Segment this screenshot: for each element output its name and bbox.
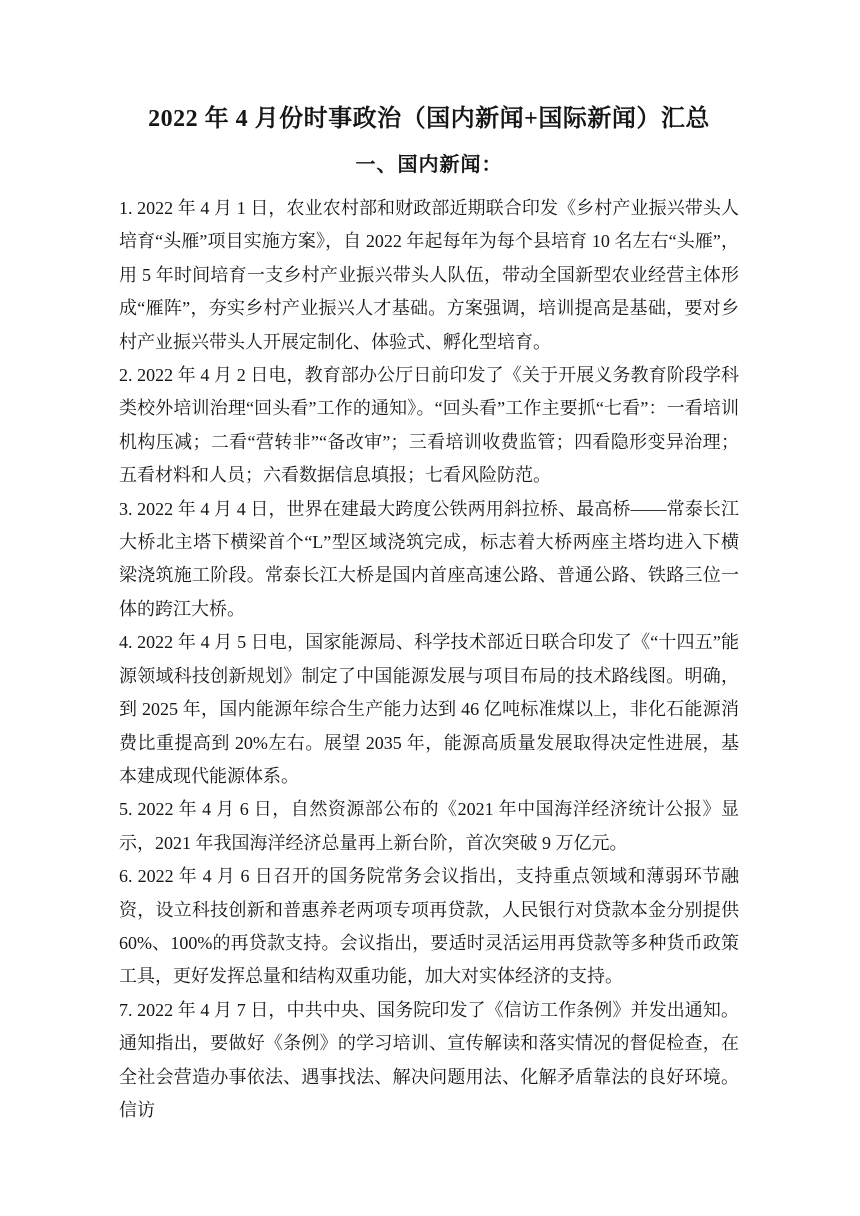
news-item: 2. 2022 年 4 月 2 日电，教育部办公厅日前印发了《关于开展义务教育阶… [119,359,739,493]
news-item: 7. 2022 年 4 月 7 日，中共中央、国务院印发了《信访工作条例》并发出… [119,994,739,1128]
news-paragraph-list: 1. 2022 年 4 月 1 日，农业农村部和财政部近期联合印发《乡村产业振兴… [119,192,739,1127]
section-heading-domestic-news: 一、国内新闻： [119,151,739,179]
news-item: 4. 2022 年 4 月 5 日电，国家能源局、科学技术部近日联合印发了《“十… [119,626,739,793]
news-item: 1. 2022 年 4 月 1 日，农业农村部和财政部近期联合印发《乡村产业振兴… [119,192,739,359]
news-item: 6. 2022 年 4 月 6 日召开的国务院常务会议指出，支持重点领域和薄弱环… [119,860,739,994]
news-item: 5. 2022 年 4 月 6 日，自然资源部公布的《2021 年中国海洋经济统… [119,793,739,860]
document-page: 2022 年 4 月份时事政治（国内新闻+国际新闻）汇总 一、国内新闻： 1. … [0,0,860,1216]
document-title: 2022 年 4 月份时事政治（国内新闻+国际新闻）汇总 [119,104,739,134]
news-item: 3. 2022 年 4 月 4 日，世界在建最大跨度公铁两用斜拉桥、最高桥——常… [119,493,739,627]
